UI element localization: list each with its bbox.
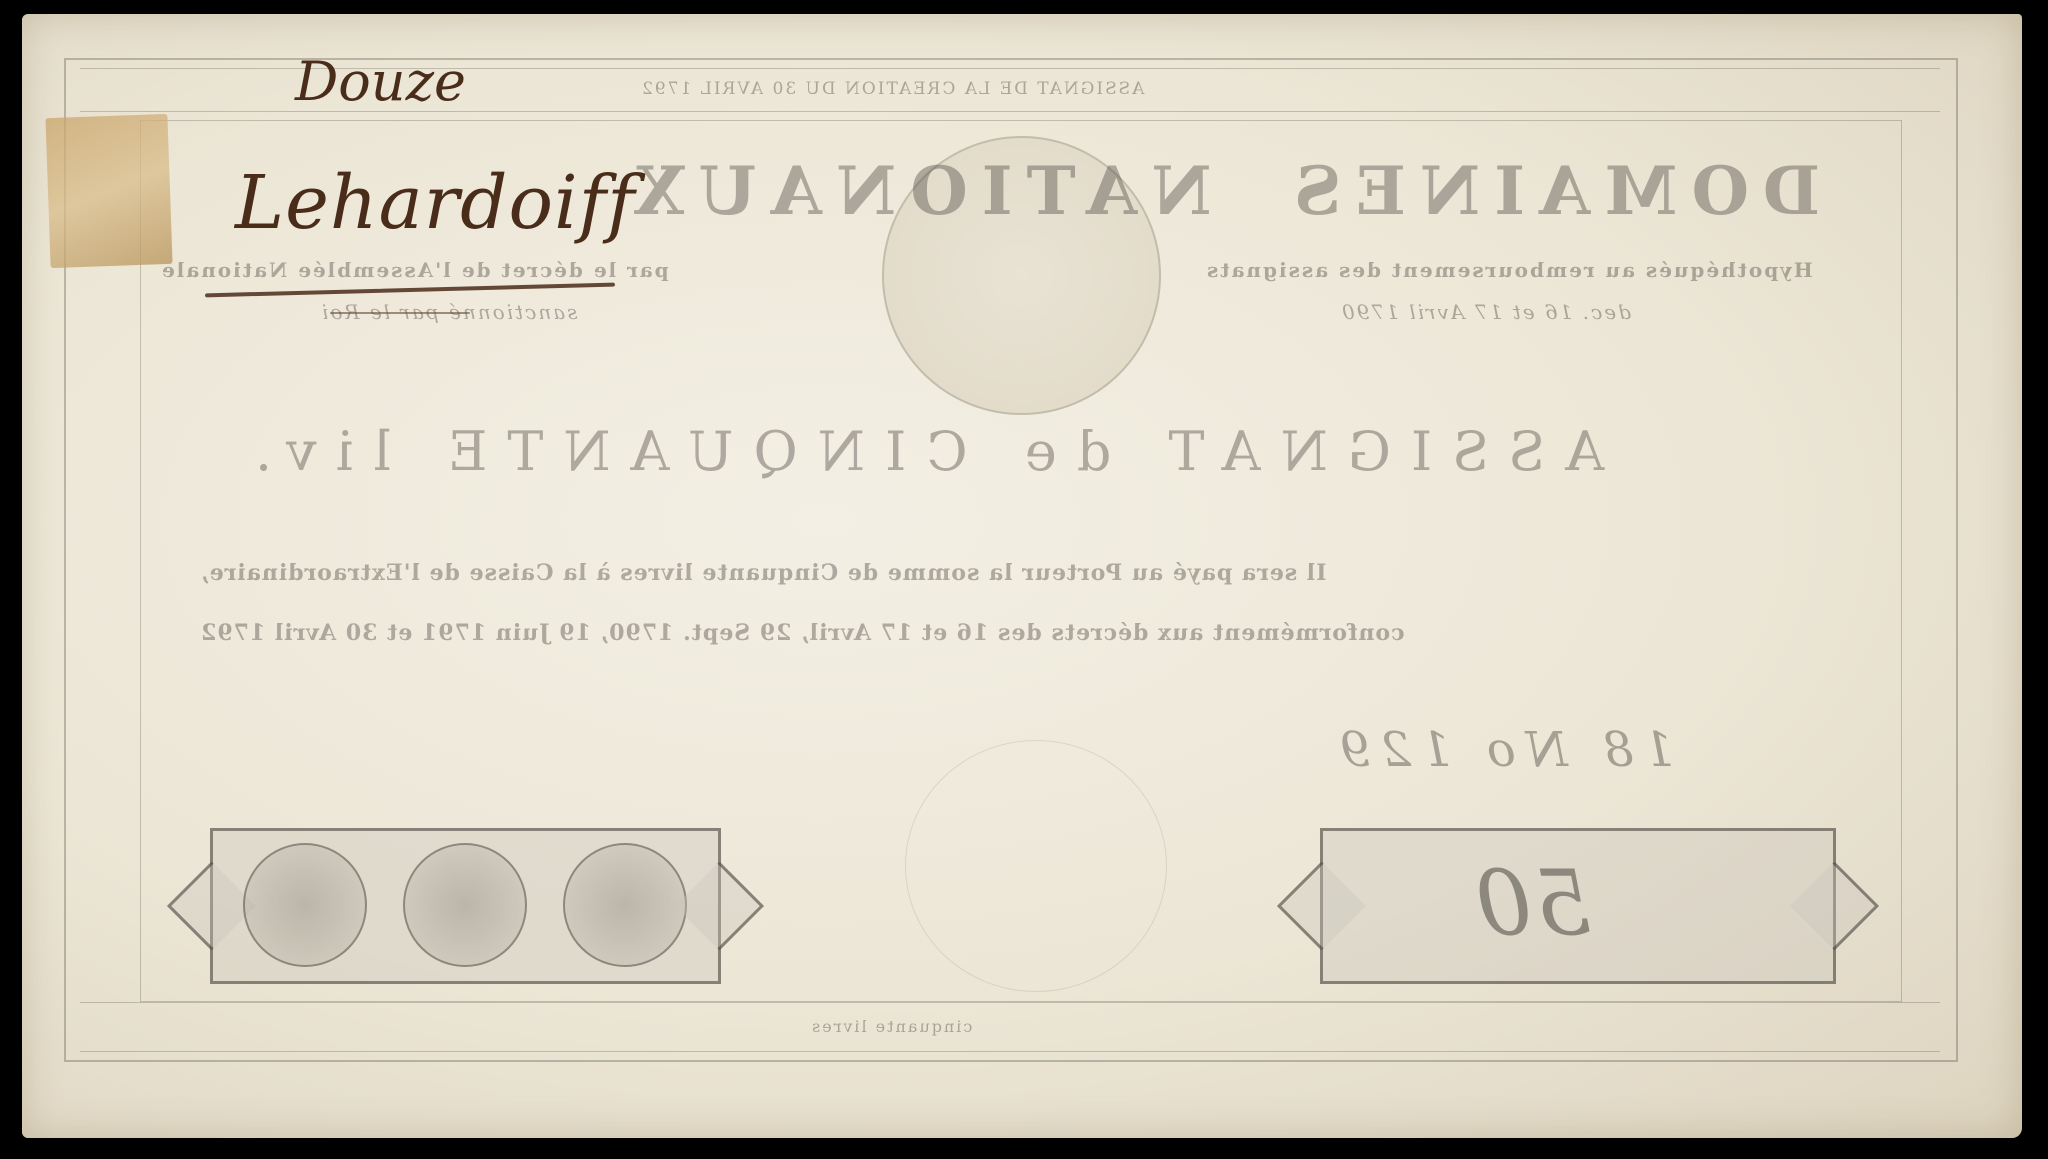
left-value-cartouche: [210, 828, 721, 984]
signature-flourish-lower: [330, 312, 470, 314]
cartouche-value: 50: [1473, 851, 1592, 956]
handwritten-signature: Lehardoiff: [235, 160, 635, 246]
assignat-main-line: ASSIGNAT de CINQUANTE liv.: [235, 420, 1604, 483]
subtitle-left: Hypothéqués au remboursement des assigna…: [1205, 258, 1813, 282]
title-domaines: DOMAINES: [1280, 152, 1820, 230]
subtitle-left-2: dec. 16 et 17 Avril 1790: [1340, 300, 1631, 324]
serial-number: 18 No 129: [1330, 722, 1674, 778]
bottom-strip: cinquante livres: [80, 1002, 1940, 1052]
body-text-line-2: conformément aux décrets des 16 et 17 Av…: [200, 620, 1405, 646]
header-strip-text: ASSIGNAT DE LA CREATION DU 30 AVRIL 1792: [640, 79, 1144, 99]
bottom-strip-text: cinquante livres: [810, 1017, 972, 1036]
handwritten-douze: Douze: [295, 50, 466, 113]
right-value-cartouche: 50: [1320, 828, 1836, 984]
cartouche-medallion-3: [563, 843, 687, 967]
cartouche-medallion-1: [243, 843, 367, 967]
cartouche-medallion-2: [403, 843, 527, 967]
paper-tape-remnant: [45, 114, 172, 268]
subtitle-right: par le décret de l'Assemblée Nationale: [160, 258, 669, 282]
body-text-line-1: Il sera payé au Porteur la somme de Cinq…: [200, 560, 1326, 586]
title-nationaux: NATIONAUX: [620, 152, 1212, 230]
faint-lower-seal: [905, 740, 1167, 992]
